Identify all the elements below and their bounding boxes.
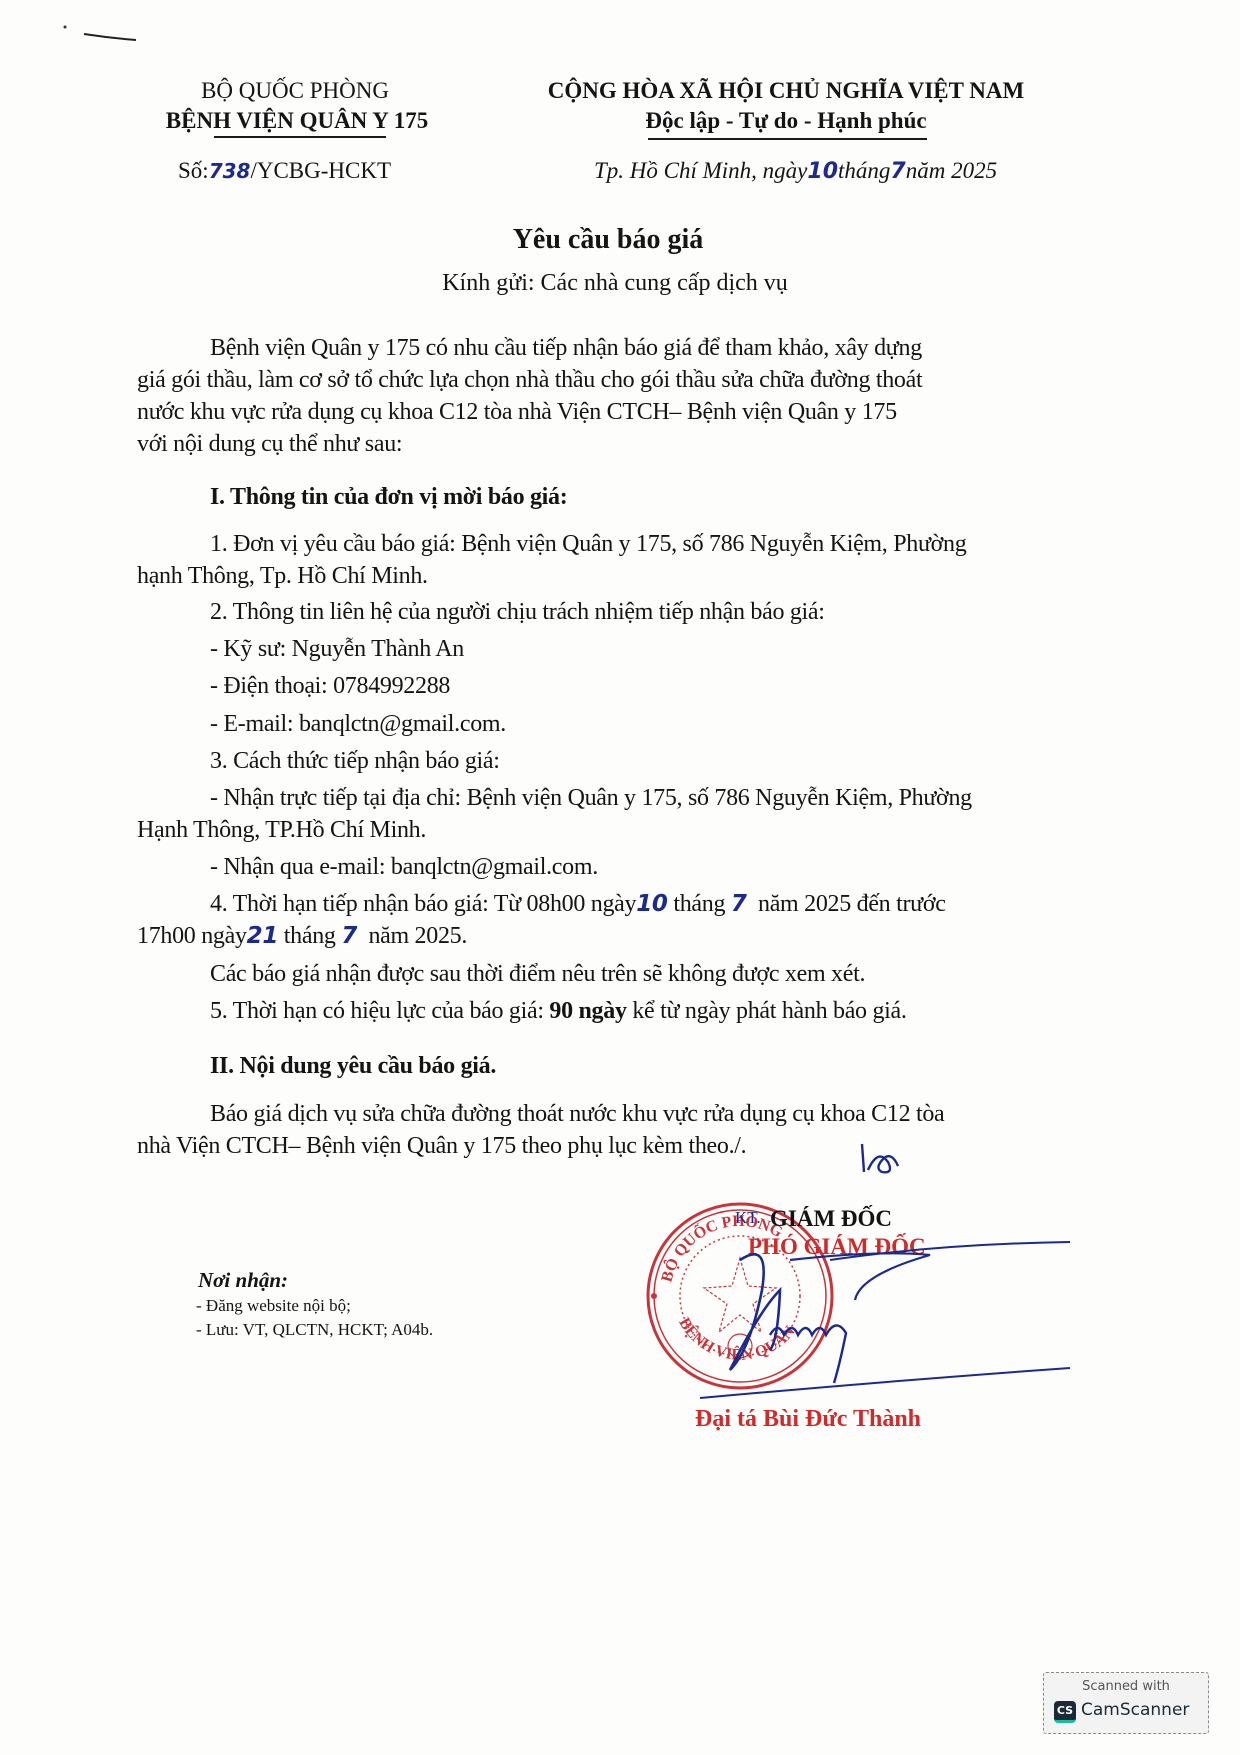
hospital-name: BỆNH VIỆN QUÂN Y 175 (166, 108, 428, 134)
item-5: 5. Thời hạn có hiệu lực của báo giá: 90 … (210, 997, 907, 1026)
email-delivery: - Nhận qua e-mail: banqlctn@gmail.com. (210, 853, 598, 882)
item-2: 2. Thông tin liên hệ của người chịu trác… (210, 598, 825, 627)
date-line: Tp. Hồ Chí Minh, ngày10tháng7năm 2025 (594, 158, 997, 184)
country-name: CỘNG HÒA XÃ HỘI CHỦ NGHĨA VIỆT NAM (548, 78, 1024, 104)
document-number: Số:738/YCBG-HCKT (178, 158, 391, 184)
item-4-line: 17h00 ngày21 tháng 7 năm 2025. (137, 922, 467, 951)
initials-mark (858, 1140, 908, 1178)
section-1-heading: I. Thông tin của đơn vị mời báo giá: (210, 483, 567, 512)
section-2-line: nhà Viện CTCH– Bệnh viện Quân y 175 theo… (137, 1132, 746, 1161)
motto-underline (648, 138, 927, 140)
recipient-item: - Đăng website nội bộ; (196, 1296, 351, 1316)
signer-name: Đại tá Bùi Đức Thành (695, 1406, 921, 1433)
national-motto: Độc lập - Tự do - Hạnh phúc (645, 108, 926, 134)
ministry-name: BỘ QUỐC PHÒNG (201, 78, 389, 104)
handwritten-doc-number: 738 (209, 159, 251, 183)
contact-phone: - Điện thoại: 0784992288 (210, 672, 450, 701)
director-title: GIÁM ĐỐC (770, 1206, 892, 1232)
intro-line: Bệnh viện Quân y 175 có nhu cầu tiếp nhậ… (210, 334, 922, 363)
camscanner-logo-icon: CS (1054, 1701, 1076, 1723)
watermark-caption: Scanned with (1044, 1679, 1208, 1694)
handwritten-signature (700, 1230, 1080, 1410)
intro-line: giá gói thầu, làm cơ sở tổ chức lựa chọn… (137, 366, 922, 395)
intro-line: nước khu vực rửa dụng cụ khoa C12 tòa nh… (137, 398, 897, 427)
recipients-label: Nơi nhận: (198, 1268, 288, 1293)
direct-delivery-line: - Nhận trực tiếp tại địa chỉ: Bệnh viện … (210, 784, 972, 813)
item-4-line: 4. Thời hạn tiếp nhận báo giá: Từ 08h00 … (210, 890, 946, 919)
section-2-line: Báo giá dịch vụ sửa chữa đường thoát nướ… (210, 1100, 944, 1129)
contact-email: - E-mail: banqlctn@gmail.com. (210, 710, 506, 739)
watermark-brand: CamScanner (1081, 1700, 1189, 1720)
section-2-heading: II. Nội dung yêu cầu báo giá. (210, 1052, 496, 1081)
document-title: Yêu cầu báo giá (513, 224, 704, 256)
contact-engineer: - Kỹ sư: Nguyễn Thành An (210, 635, 464, 664)
recipient-item: - Lưu: VT, QLCTN, HCKT; A04b. (196, 1320, 433, 1340)
item-3: 3. Cách thức tiếp nhận báo giá: (210, 747, 500, 776)
item-1-line: 1. Đơn vị yêu cầu báo giá: Bệnh viện Quâ… (210, 530, 966, 559)
pen-mark (0, 0, 200, 60)
intro-line: với nội dung cụ thể như sau: (137, 430, 402, 459)
camscanner-watermark: Scanned with CS CamScanner (1043, 1672, 1209, 1734)
item-1-line: hạnh Thông, Tp. Hồ Chí Minh. (137, 562, 428, 591)
hospital-underline (214, 136, 386, 138)
kt-prefix: KT. (735, 1208, 761, 1228)
direct-delivery-line: Hạnh Thông, TP.Hồ Chí Minh. (137, 816, 426, 845)
late-note: Các báo giá nhận được sau thời điểm nêu … (210, 960, 865, 989)
salutation: Kính gửi: Các nhà cung cấp dịch vụ (442, 270, 788, 297)
